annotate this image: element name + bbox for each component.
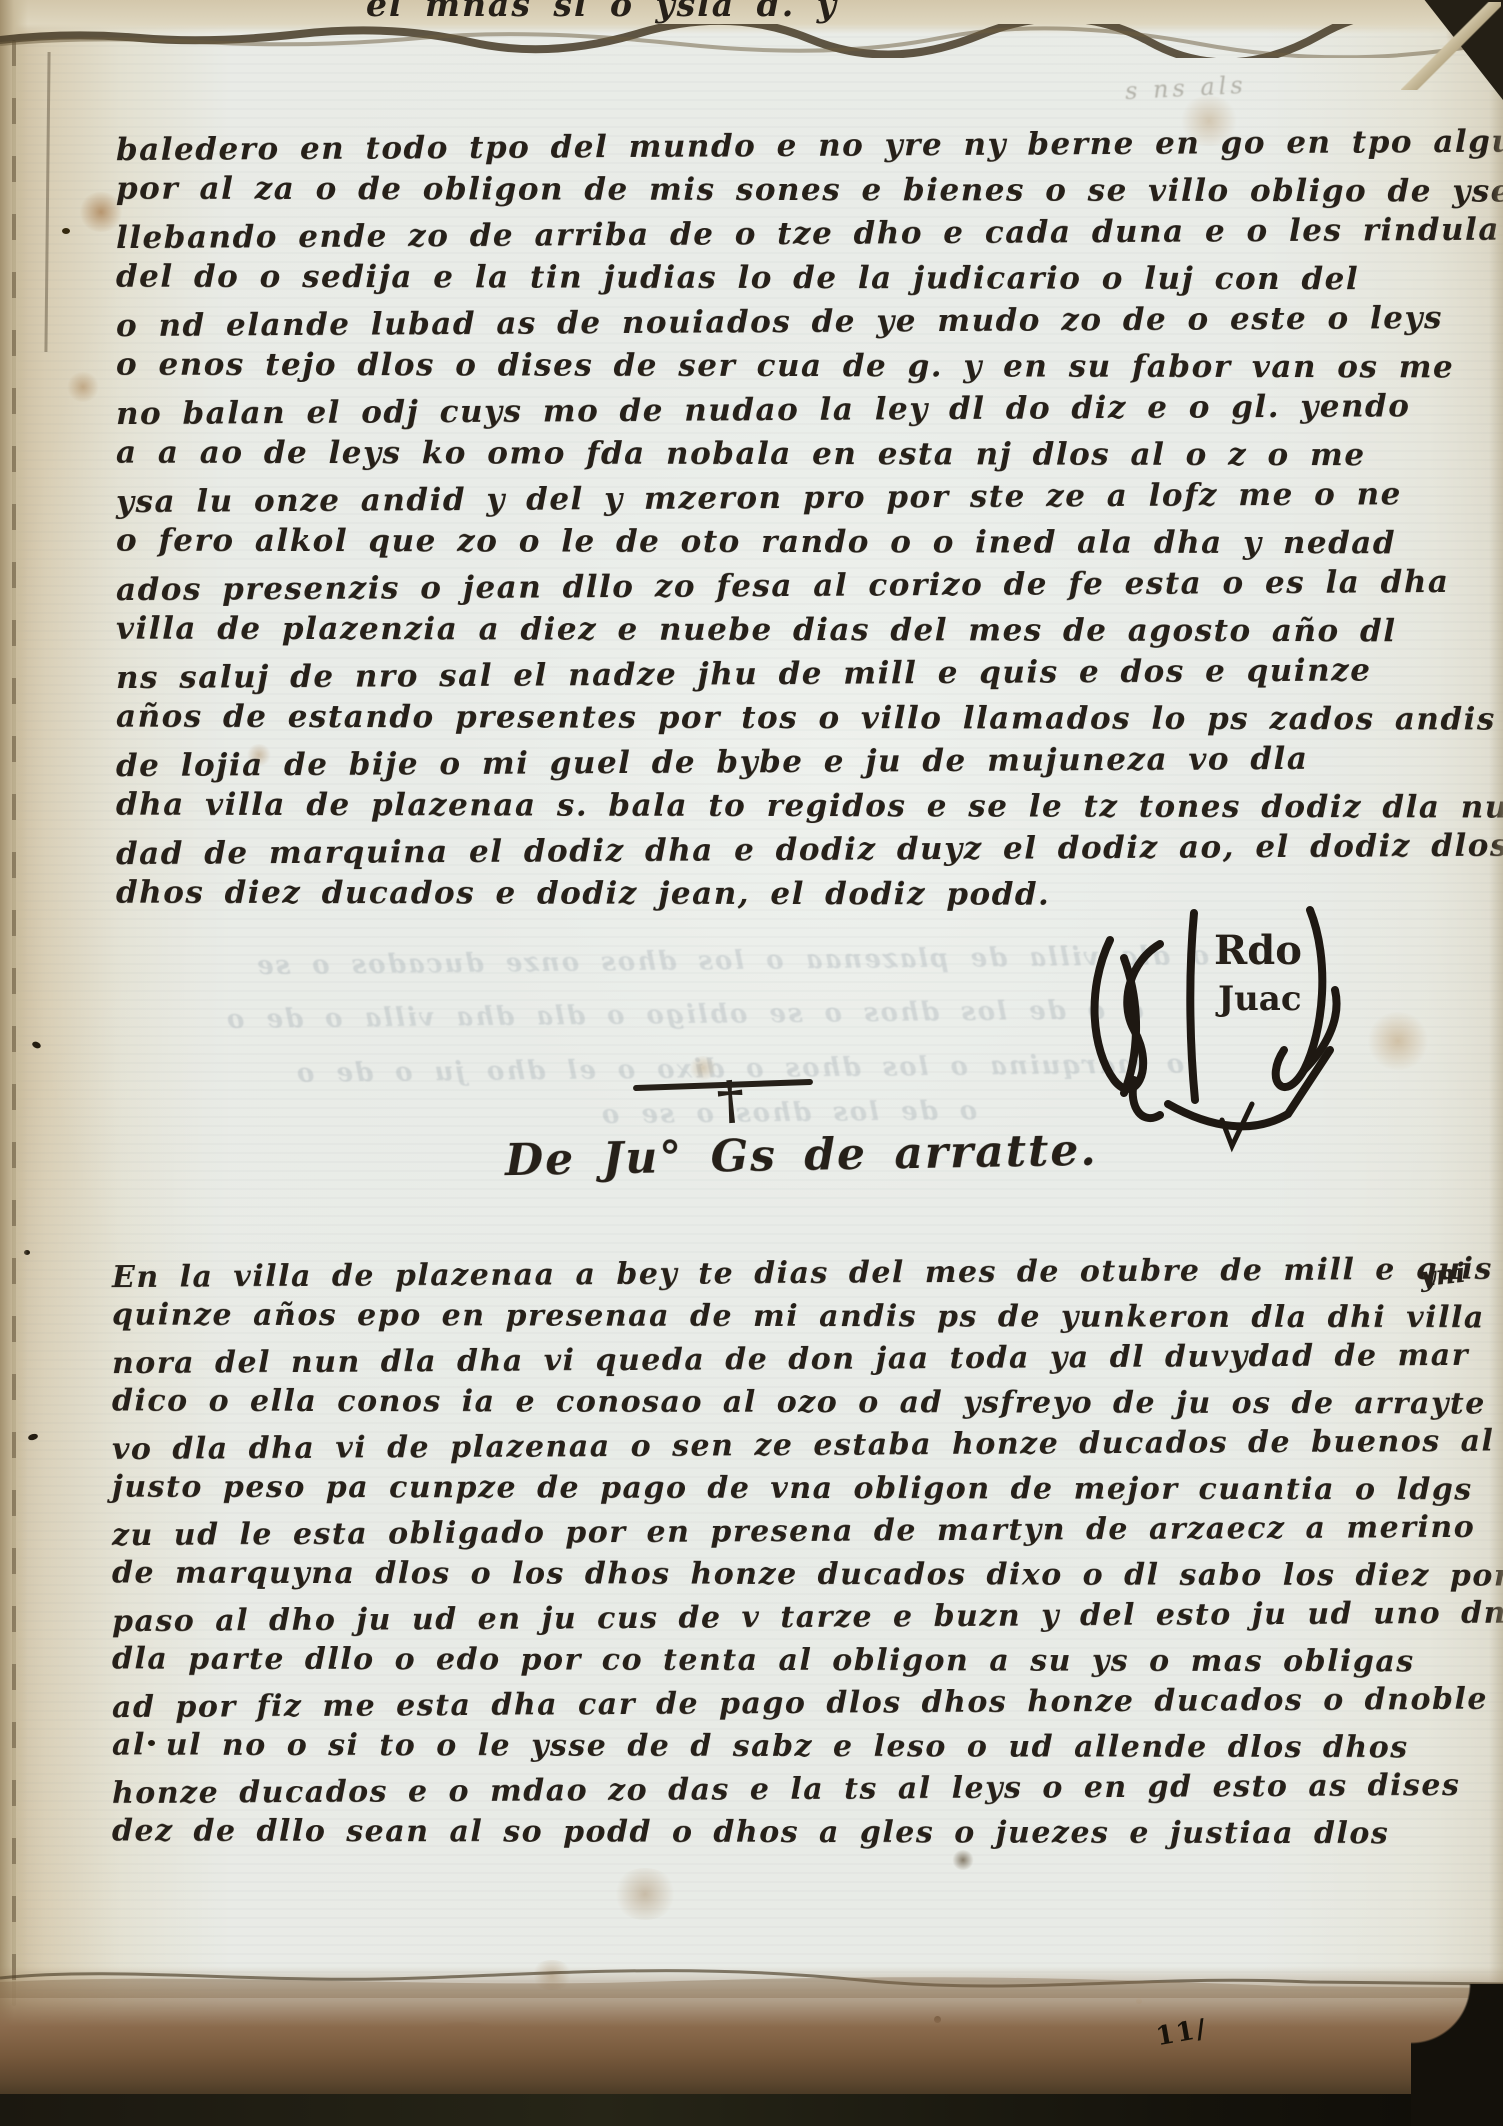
ink-dot xyxy=(62,228,70,234)
manuscript-line: dla parte dllo o edo por co tenta al obl… xyxy=(112,1638,1472,1684)
rubric-letters-top: Rdo xyxy=(1214,927,1302,974)
manuscript-line: dez de dllo sean al so podd o dhos a gle… xyxy=(112,1810,1472,1856)
manuscript-line: a a ao de leys ko omo fda nobala en esta… xyxy=(116,431,1456,478)
manuscript-line: de lojia de bije o mi guel de bybe e ju … xyxy=(116,736,1456,788)
manuscript-line: años de estando presentes por tos o vill… xyxy=(116,695,1456,742)
stain xyxy=(612,1868,678,1920)
manuscript-line: dico o ella conos ia e conosao al ozo o … xyxy=(112,1380,1472,1426)
manuscript-page: o dla villa de plazenaa o los dhos onze … xyxy=(0,0,1503,2126)
ink-dot xyxy=(148,1740,155,1746)
stain xyxy=(1366,1012,1430,1070)
torn-top-edge xyxy=(0,24,1503,58)
manuscript-line: villa de plazenzia a diez e nuebe dias d… xyxy=(116,607,1456,654)
marginal-note: yni xyxy=(1419,1258,1468,1294)
manuscript-line: o enos tejo dlos o dises de ser cua de g… xyxy=(116,343,1456,390)
notary-rubric-signature: Rdo Juac xyxy=(1072,898,1362,1153)
manuscript-line: nora del nun dla dha vi queda de don jaa… xyxy=(112,1334,1472,1385)
left-torn-edge xyxy=(12,40,16,2006)
showthrough-text: o dla villa de plazenaa o los dhos onze … xyxy=(255,941,1209,981)
manuscript-line: zu ud le esta obligado por en presena de… xyxy=(112,1506,1472,1557)
manuscript-line: paso al dho ju ud en ju cus de v tarze e… xyxy=(112,1592,1472,1643)
ink-dot xyxy=(27,1433,38,1441)
manuscript-line: baledero en todo tpo del mundo e no yre … xyxy=(116,120,1456,172)
section-heading-text: De Ju° Gs de arratte. xyxy=(505,1125,1098,1186)
showthrough-text: e o de los dhos o se obligo o dla dha vi… xyxy=(225,995,1144,1035)
manuscript-line: no balan el odj cuys mo de nudao la ley … xyxy=(116,384,1456,436)
cross-icon: † xyxy=(715,1069,746,1132)
manuscript-line: o fero alkol que zo o le de oto rando o … xyxy=(116,519,1456,566)
manuscript-line: vo dla dha vi de plazenaa o sen ze estab… xyxy=(112,1420,1472,1471)
manuscript-line: llebando ende zo de arriba de o tze dho … xyxy=(116,208,1456,260)
stain xyxy=(66,372,100,402)
manuscript-line: por al za o de obligon de mis sones e bi… xyxy=(116,167,1456,214)
manuscript-line: En la villa de plazenaa a bey te dias de… xyxy=(112,1248,1472,1299)
curled-page-corner xyxy=(1401,2,1501,90)
manuscript-line: al ul no o si to o le ysse de d sabz e l… xyxy=(112,1724,1472,1770)
manuscript-line: del do o sedija e la tin judias lo de la… xyxy=(116,255,1456,302)
stain-boundary-line xyxy=(0,1948,1503,1998)
rubric-letters-bottom: Juac xyxy=(1215,979,1302,1019)
manuscript-line: dha villa de plazenaa s. bala to regidos… xyxy=(116,783,1456,830)
manuscript-line: ad por fiz me esta dha car de pago dlos … xyxy=(112,1678,1472,1729)
manuscript-line: ns saluj de nro sal el nadze jhu de mill… xyxy=(116,648,1456,700)
section-heading: † De Ju° Gs de arratte. xyxy=(505,1122,1105,1222)
ink-dot xyxy=(31,1040,42,1049)
paper-crease xyxy=(44,52,50,352)
right-page-edge xyxy=(1489,90,1503,1986)
manuscript-line: de marquyna dlos o los dhos honze ducado… xyxy=(112,1552,1472,1598)
manuscript-line: ados presenzis o jean dllo zo fesa al co… xyxy=(116,560,1456,612)
scan-background-corner-bottom xyxy=(1411,1984,1503,2126)
manuscript-line: o nd elande lubad as de nouiados de ye m… xyxy=(116,296,1456,348)
paragraph-1: baledero en todo tpo del mundo e no yre … xyxy=(116,124,1456,916)
manuscript-line: honze ducados e o mdao zo das e la ts al… xyxy=(112,1764,1472,1815)
manuscript-line: ysa lu onze andid y del y mzeron pro por… xyxy=(116,472,1456,524)
paragraph-2: En la villa de plazenaa a bey te dias de… xyxy=(112,1252,1472,1854)
manuscript-line: quinze años epo en presenaa de mi andis … xyxy=(112,1294,1472,1340)
previous-page-fragment: el mnas sl o ysla d. y xyxy=(366,0,838,24)
faint-pencil-ghost: s ns als xyxy=(1124,71,1247,105)
manuscript-line: dad de marquina el dodiz dha e dodiz duy… xyxy=(116,824,1456,876)
manuscript-line: justo peso pa cunpze de pago de vna obli… xyxy=(112,1466,1472,1512)
binding-dark-strip xyxy=(0,2094,1503,2126)
